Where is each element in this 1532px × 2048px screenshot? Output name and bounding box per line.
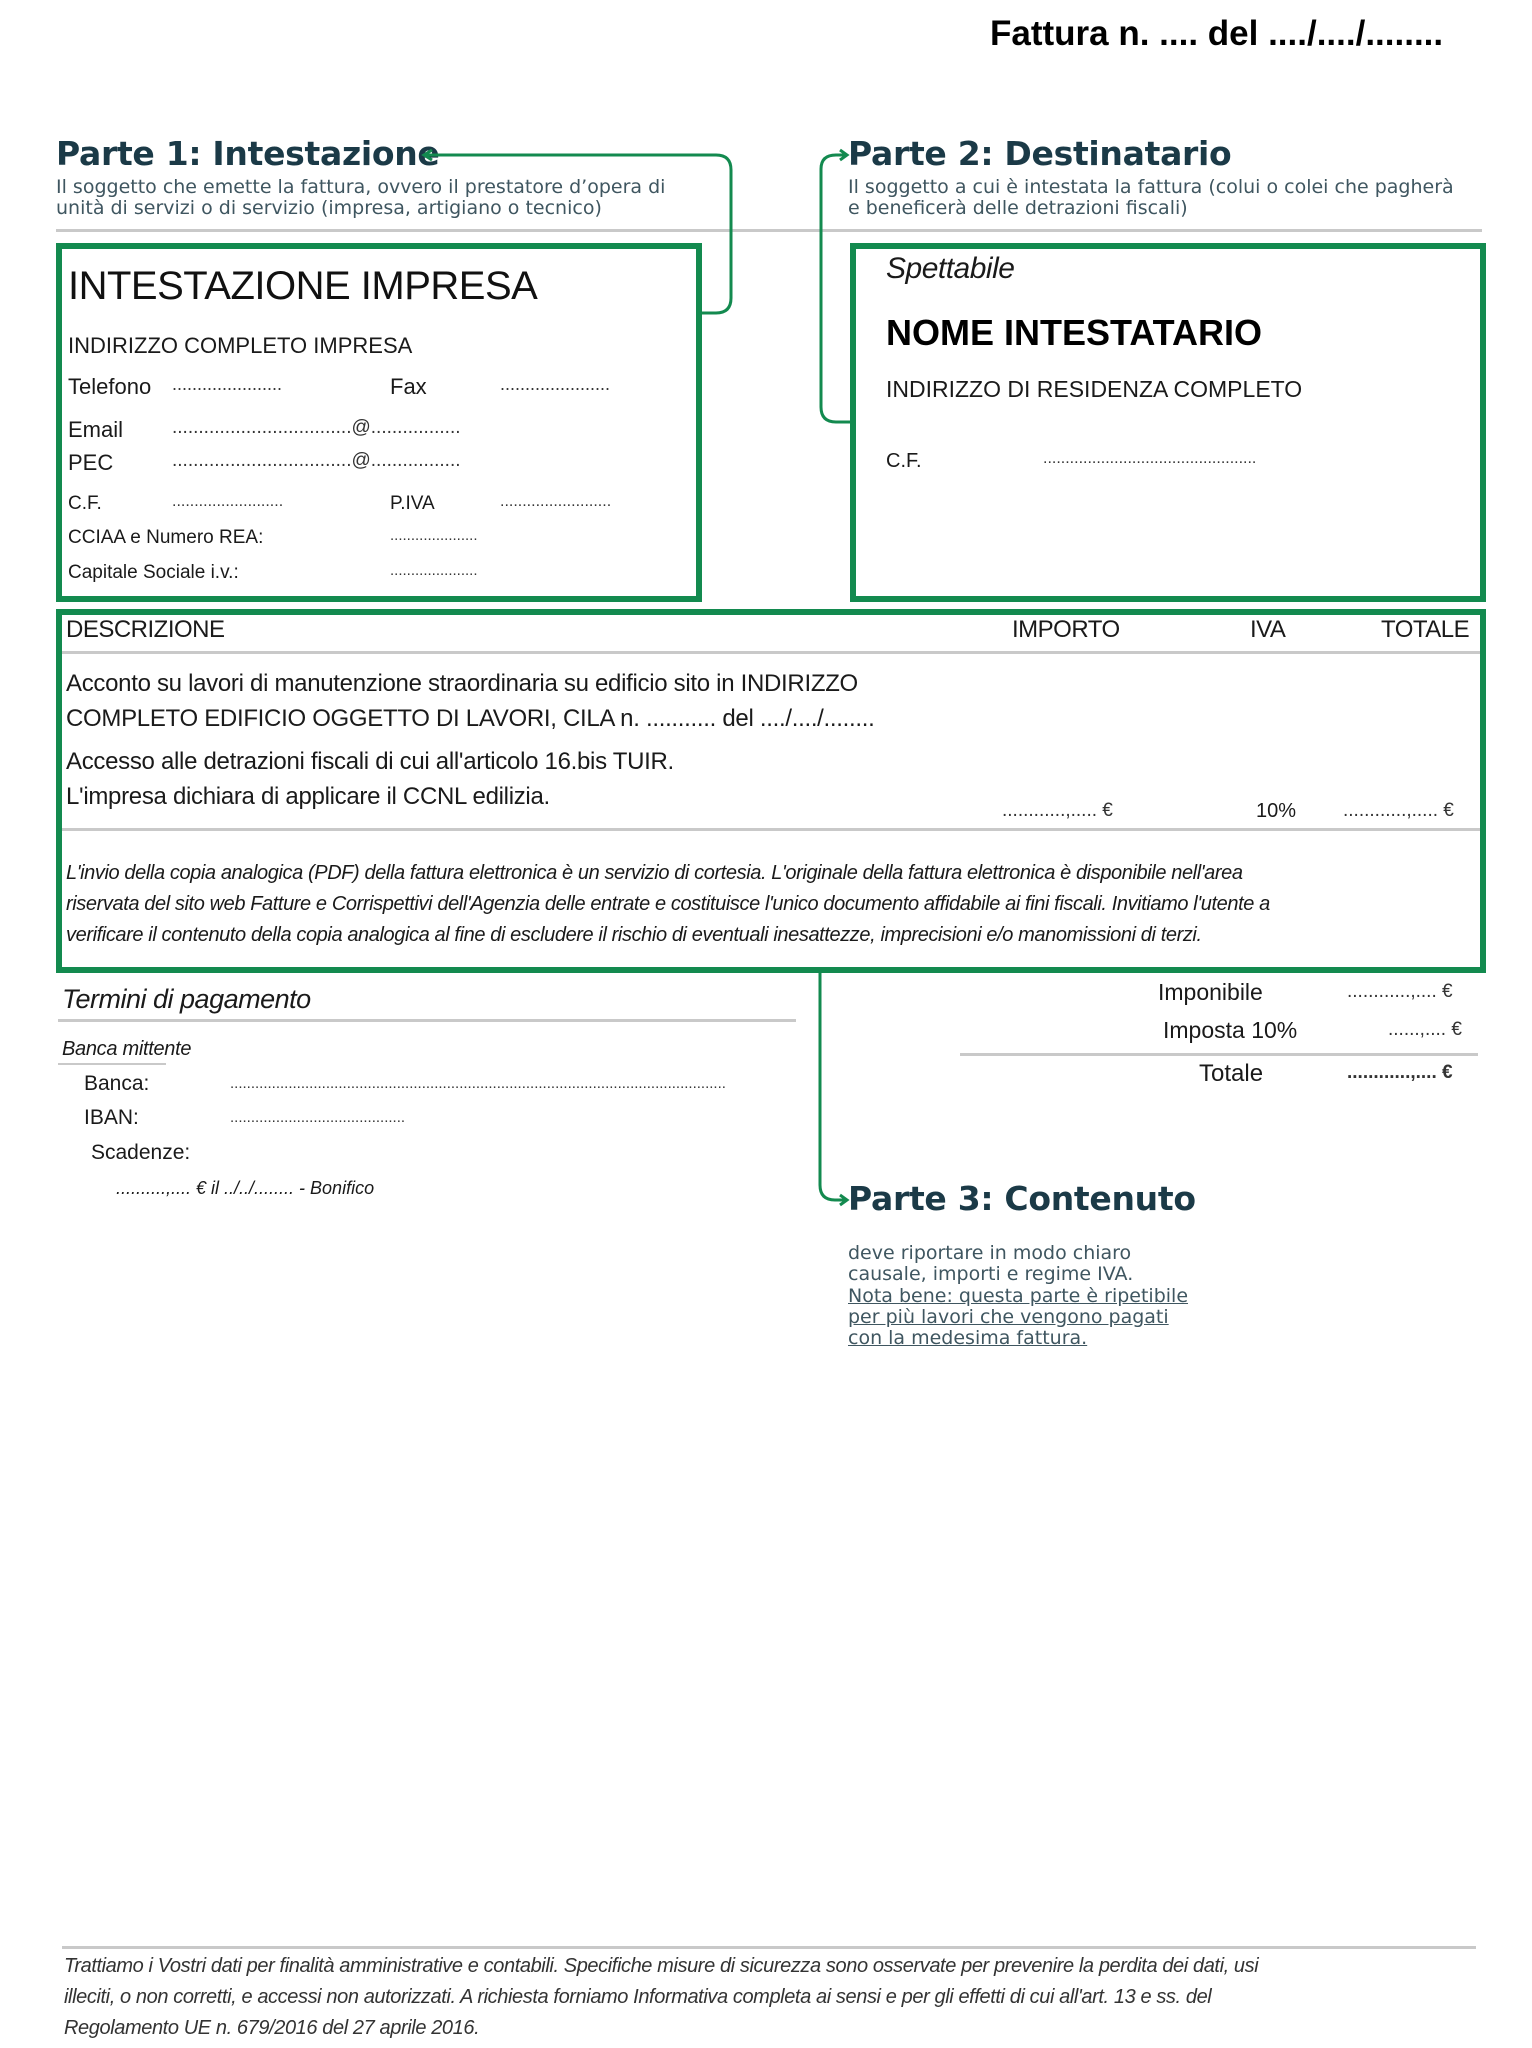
item-description-line1: Acconto su lavori di manutenzione straor… xyxy=(66,670,858,698)
part2-subtitle-line2: e beneficerà delle detrazioni fiscali) xyxy=(848,198,1188,219)
recipient-cf-label: C.F. xyxy=(886,450,922,473)
privacy-line1: Trattiamo i Vostri dati per finalità amm… xyxy=(64,1955,1258,1978)
payment-title: Termini di pagamento xyxy=(62,984,311,1015)
taxable-label: Imponibile xyxy=(1158,979,1263,1006)
invoice-title: Fattura n. .... del ..../..../........ xyxy=(990,14,1443,54)
item-description-line2: COMPLETO EDIFICIO OGGETTO DI LAVORI, CIL… xyxy=(66,705,875,733)
bank-value: ........................................… xyxy=(230,1075,802,1092)
payment-title-divider xyxy=(58,1019,796,1022)
issuer-pec-label: PEC xyxy=(68,450,113,476)
issuer-capital-value: ..................... xyxy=(390,562,478,579)
item-description-line3: Accesso alle detrazioni fiscali di cui a… xyxy=(66,748,674,776)
disclaimer-line2: riservata del sito web Fatture e Corrisp… xyxy=(66,893,1270,916)
issuer-address: INDIRIZZO COMPLETO IMPRESA xyxy=(68,333,412,359)
part2-subtitle-line1: Il soggetto a cui è intestata la fattura… xyxy=(848,177,1454,198)
taxable-value: ............,.... € xyxy=(1347,981,1453,1003)
col-header-total: TOTALE xyxy=(1381,616,1469,644)
table-row-divider xyxy=(62,828,1480,831)
privacy-line3: Regolamento UE n. 679/2016 del 27 aprile… xyxy=(64,2017,479,2040)
issuer-company-name: INTESTAZIONE IMPRESA xyxy=(68,264,537,309)
disclaimer-line3: verificare il contenuto della copia anal… xyxy=(66,924,1202,947)
item-amount: ............,..... € xyxy=(1002,800,1113,822)
issuer-capital-label: Capitale Sociale i.v.: xyxy=(68,562,239,584)
issuer-cf-label: C.F. xyxy=(68,493,102,515)
item-vat: 10% xyxy=(1256,800,1296,823)
due-label: Scadenze: xyxy=(91,1141,190,1165)
tax-value: ......,.... € xyxy=(1388,1019,1462,1041)
recipient-box xyxy=(850,243,1486,602)
issuer-phone-value: ...................... xyxy=(172,374,282,395)
item-description-line4: L'impresa dichiara di applicare il CCNL … xyxy=(66,783,550,811)
part1-title: Parte 1: Intestazione xyxy=(56,134,440,173)
total-value: ............,.... € xyxy=(1347,1062,1453,1084)
header-divider xyxy=(56,229,1482,232)
issuer-cciaa-label: CCIAA e Numero REA: xyxy=(68,527,263,549)
item-total: ............,..... € xyxy=(1343,800,1454,822)
part3-title: Parte 3: Contenuto xyxy=(848,1179,1196,1218)
part3-desc-line1: deve riportare in modo chiaro xyxy=(848,1243,1131,1264)
issuer-fax-label: Fax xyxy=(390,374,427,400)
disclaimer-line1: L'invio della copia analogica (PDF) dell… xyxy=(66,862,1243,885)
issuer-phone-label: Telefono xyxy=(68,374,151,400)
tax-label: Imposta 10% xyxy=(1163,1017,1297,1044)
issuer-cf-value: ......................... xyxy=(172,493,283,511)
recipient-address: INDIRIZZO DI RESIDENZA COMPLETO xyxy=(886,376,1302,403)
issuer-email-label: Email xyxy=(68,417,123,443)
part2-title: Parte 2: Destinatario xyxy=(848,134,1231,173)
col-header-vat: IVA xyxy=(1250,616,1285,644)
privacy-line2: illeciti, o non corretti, e accessi non … xyxy=(64,1986,1211,2009)
bank-label: Banca: xyxy=(84,1072,149,1096)
bank-section-title: Banca mittente xyxy=(62,1038,191,1061)
recipient-cf-value: ........................................… xyxy=(1043,450,1256,468)
iban-value: ........................................… xyxy=(230,1109,405,1126)
footer-divider xyxy=(62,1946,1476,1949)
col-header-amount: IMPORTO xyxy=(1012,616,1120,644)
due-value: ..........,.... € il ../../........ - Bo… xyxy=(116,1178,374,1199)
recipient-salutation: Spettabile xyxy=(886,252,1014,286)
part3-desc-line2: causale, importi e regime IVA. xyxy=(848,1264,1133,1285)
part1-subtitle-line2: unità di servizi o di servizio (impresa,… xyxy=(56,198,602,219)
part3-note-line1: Nota bene: questa parte è ripetibile xyxy=(848,1286,1188,1307)
bank-section-underline xyxy=(58,1063,166,1065)
totals-divider xyxy=(960,1053,1478,1056)
part1-subtitle-line1: Il soggetto che emette la fattura, ovver… xyxy=(56,177,665,198)
col-header-description: DESCRIZIONE xyxy=(66,616,225,644)
issuer-piva-value: ......................... xyxy=(500,493,611,511)
issuer-piva-label: P.IVA xyxy=(390,493,435,515)
issuer-cciaa-value: ..................... xyxy=(390,527,478,544)
issuer-fax-value: ...................... xyxy=(500,374,610,395)
part3-note-line2: per più lavori che vengono pagati xyxy=(848,1307,1169,1328)
table-header-divider xyxy=(62,651,1480,654)
part3-note-line3: con la medesima fattura. xyxy=(848,1328,1087,1349)
issuer-pec-value: ..................................@.....… xyxy=(172,450,461,472)
issuer-email-value: ..................................@.....… xyxy=(172,417,461,439)
iban-label: IBAN: xyxy=(84,1106,139,1130)
recipient-name: NOME INTESTATARIO xyxy=(886,312,1262,354)
total-label: Totale xyxy=(1199,1060,1263,1088)
